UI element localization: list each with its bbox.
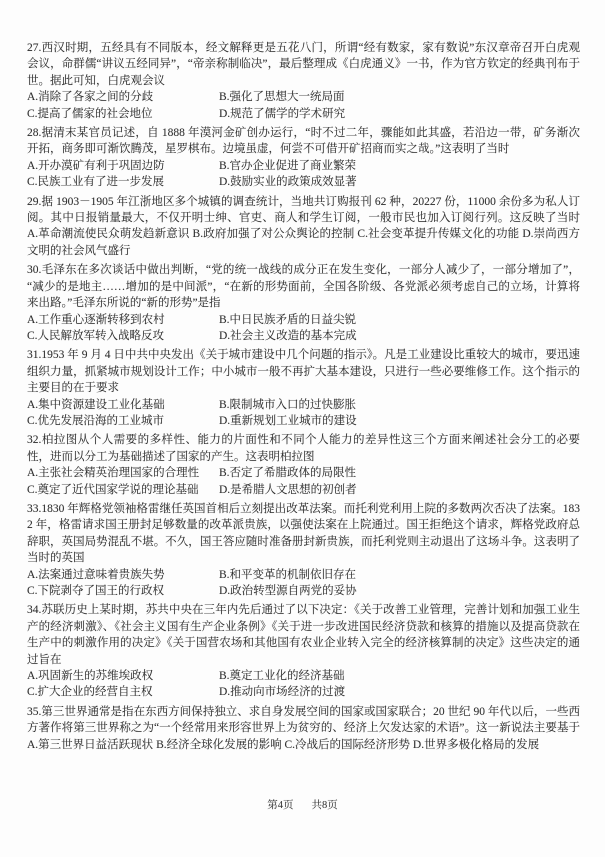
question-stem: 35.第三世界通常是指在东西方间保持独立、求自身发展空间的国家或国家联合；20 … [27,704,580,753]
question-35: 35.第三世界通常是指在东西方间保持独立、求自身发展空间的国家或国家联合；20 … [27,704,580,753]
question-33: 33.1830 年辉格党领袖格雷继任英国首相后立刻提出改革法案。而托利党利用上院… [27,501,580,599]
question-stem-text: 30.毛泽东在多次谈话中做出判断，“党的统一战线的成分正在发生变化，一部分人减少… [27,264,580,309]
option-C: C.民族工业有了进一步发展 [27,174,219,190]
option-D: D.推动向市场经济的过渡 [219,684,580,700]
question-list: 27.西汉时期，五经具有不同版本，经文解释更是五花八门，所谓“经有数家，家有数说… [27,40,580,753]
option-A: A.主张社会精英治理国家的合理性 [27,465,219,481]
question-28: 28.据清末某官员记述，自 1888 年漠河金矿创办运行，“时不过二年，骤能如此… [27,125,580,191]
option-A: A.巩固新生的苏维埃政权 [27,668,219,684]
question-34: 34.苏联历史上某时期，苏共中央在三年内先后通过了以下决定：《关于改善工业管理，… [27,602,580,700]
options-grid: A.集中资源建设工业化基础B.限制城市入口的过快膨胀C.优先发展沿海的工业城市D… [27,397,580,430]
option-C: C.提高了儒家的社会地位 [27,106,219,122]
question-stem-text: 35.第三世界通常是指在东西方间保持独立、求自身发展空间的国家或国家联合；20 … [27,706,580,734]
total-pages-label: 共8页 [312,799,338,813]
option-D: D.重新规划工业城市的建设 [219,413,580,429]
option-C: C.奠定了近代国家学说的理论基础 [27,482,219,498]
option-A: A.集中资源建设工业化基础 [27,397,219,413]
option-C: C.扩大企业的经营自主权 [27,684,219,700]
option-C: C.优先发展沿海的工业城市 [27,413,219,429]
option-B: B.和平变革的机制依旧存在 [219,567,580,583]
page-footer: 第4页共8页 [0,799,605,813]
question-stem: 28.据清末某官员记述，自 1888 年漠河金矿创办运行，“时不过二年，骤能如此… [27,125,580,158]
options-grid: A.消除了各家之间的分歧B.强化了思想大一统局面C.提高了儒家的社会地位D.规范… [27,89,580,122]
option-D: D.规范了儒学的学术研究 [219,106,580,122]
page-number-label: 第4页 [267,799,293,813]
option-C: C.人民解放军转入战略反攻 [27,328,219,344]
question-stem-text: 29.据 1903－1905 年江浙地区多个城镇的调查统计，当地共订购报刊 62… [27,196,580,224]
question-stem: 33.1830 年辉格党领袖格雷继任英国首相后立刻提出改革法案。而托利党利用上院… [27,501,580,567]
option-C: C.下院剥夺了国王的行政权 [27,583,219,599]
inline-option-D: D.世界多极化格局的发展 [413,739,539,751]
inline-option-B: B.经济全球化发展的影响 [156,739,282,751]
question-stem: 27.西汉时期，五经具有不同版本，经文解释更是五花八门，所谓“经有数家，家有数说… [27,40,580,89]
option-B: B.否定了希腊政体的局限性 [219,465,580,481]
inline-option-A: A.第三世界日益活跃现状 [27,739,153,751]
question-stem-text: 34.苏联历史上某时期，苏共中央在三年内先后通过了以下决定：《关于改善工业管理，… [27,604,580,665]
option-A: A.法案通过意味着贵族失势 [27,567,219,583]
inline-option-C: C.社会变革提升传媒文化的功能 [357,228,519,240]
inline-option-B: B.政府加强了对公众舆论的控制 [193,228,355,240]
question-stem-text: 33.1830 年辉格党领袖格雷继任英国首相后立刻提出改革法案。而托利党利用上院… [27,503,580,564]
question-stem: 29.据 1903－1905 年江浙地区多个城镇的调查统计，当地共订购报刊 62… [27,194,580,260]
option-B: B.中日民族矛盾的日益尖锐 [219,312,580,328]
question-stem-text: 32.柏拉图从个人需要的多样性、能力的片面性和不同个人能力的差异性这三个方面来阐… [27,434,580,462]
option-A: A.开办漠矿有利于巩固边防 [27,158,219,174]
exam-page: 27.西汉时期，五经具有不同版本，经文解释更是五花八门，所谓“经有数家，家有数说… [0,0,605,857]
question-stem: 31.1953 年 9 月 4 日中共中央发出《关于城市建设中几个问题的指示》。… [27,347,580,396]
option-B: B.官办企业促进了商业繁荣 [219,158,580,174]
inline-option-A: A.革命潮流使民众萌发趋新意识 [27,228,190,240]
question-stem-text: 31.1953 年 9 月 4 日中共中央发出《关于城市建设中几个问题的指示》。… [27,349,580,394]
option-A: A.工作重心逐渐转移到农村 [27,312,219,328]
question-stem: 34.苏联历史上某时期，苏共中央在三年内先后通过了以下决定：《关于改善工业管理，… [27,602,580,668]
question-32: 32.柏拉图从个人需要的多样性、能力的片面性和不同个人能力的差异性这三个方面来阐… [27,432,580,498]
question-29: 29.据 1903－1905 年江浙地区多个城镇的调查统计，当地共订购报刊 62… [27,194,580,260]
option-D: D.社会主义改造的基本完成 [219,328,580,344]
question-stem: 30.毛泽东在多次谈话中做出判断，“党的统一战线的成分正在发生变化，一部分人减少… [27,262,580,311]
option-D: D.鼓励实业的政策成效显著 [219,174,580,190]
option-B: B.奠定工业化的经济基础 [219,668,580,684]
options-grid: A.开办漠矿有利于巩固边防B.官办企业促进了商业繁荣C.民族工业有了进一步发展D… [27,158,580,191]
option-B: B.限制城市入口的过快膨胀 [219,397,580,413]
option-A: A.消除了各家之间的分歧 [27,89,219,105]
options-grid: A.巩固新生的苏维埃政权B.奠定工业化的经济基础C.扩大企业的经营自主权D.推动… [27,668,580,701]
options-grid: A.法案通过意味着贵族失势B.和平变革的机制依旧存在C.下院剥夺了国王的行政权D… [27,567,580,600]
question-31: 31.1953 年 9 月 4 日中共中央发出《关于城市建设中几个问题的指示》。… [27,347,580,429]
options-grid: A.工作重心逐渐转移到农村B.中日民族矛盾的日益尖锐C.人民解放军转入战略反攻D… [27,312,580,345]
question-stem-text: 27.西汉时期，五经具有不同版本，经文解释更是五花八门，所谓“经有数家，家有数说… [27,42,580,87]
option-D: D.是希腊人文思想的初创者 [219,482,580,498]
question-30: 30.毛泽东在多次谈话中做出判断，“党的统一战线的成分正在发生变化，一部分人减少… [27,262,580,344]
option-B: B.强化了思想大一统局面 [219,89,580,105]
option-D: D.政治转型源自两党的妥协 [219,583,580,599]
inline-option-C: C.冷战后的国际经济形势 [284,739,410,751]
question-stem-text: 28.据清末某官员记述，自 1888 年漠河金矿创办运行，“时不过二年，骤能如此… [27,127,580,155]
question-stem: 32.柏拉图从个人需要的多样性、能力的片面性和不同个人能力的差异性这三个方面来阐… [27,432,580,465]
options-grid: A.主张社会精英治理国家的合理性B.否定了希腊政体的局限性C.奠定了近代国家学说… [27,465,580,498]
question-27: 27.西汉时期，五经具有不同版本，经文解释更是五花八门，所谓“经有数家，家有数说… [27,40,580,122]
